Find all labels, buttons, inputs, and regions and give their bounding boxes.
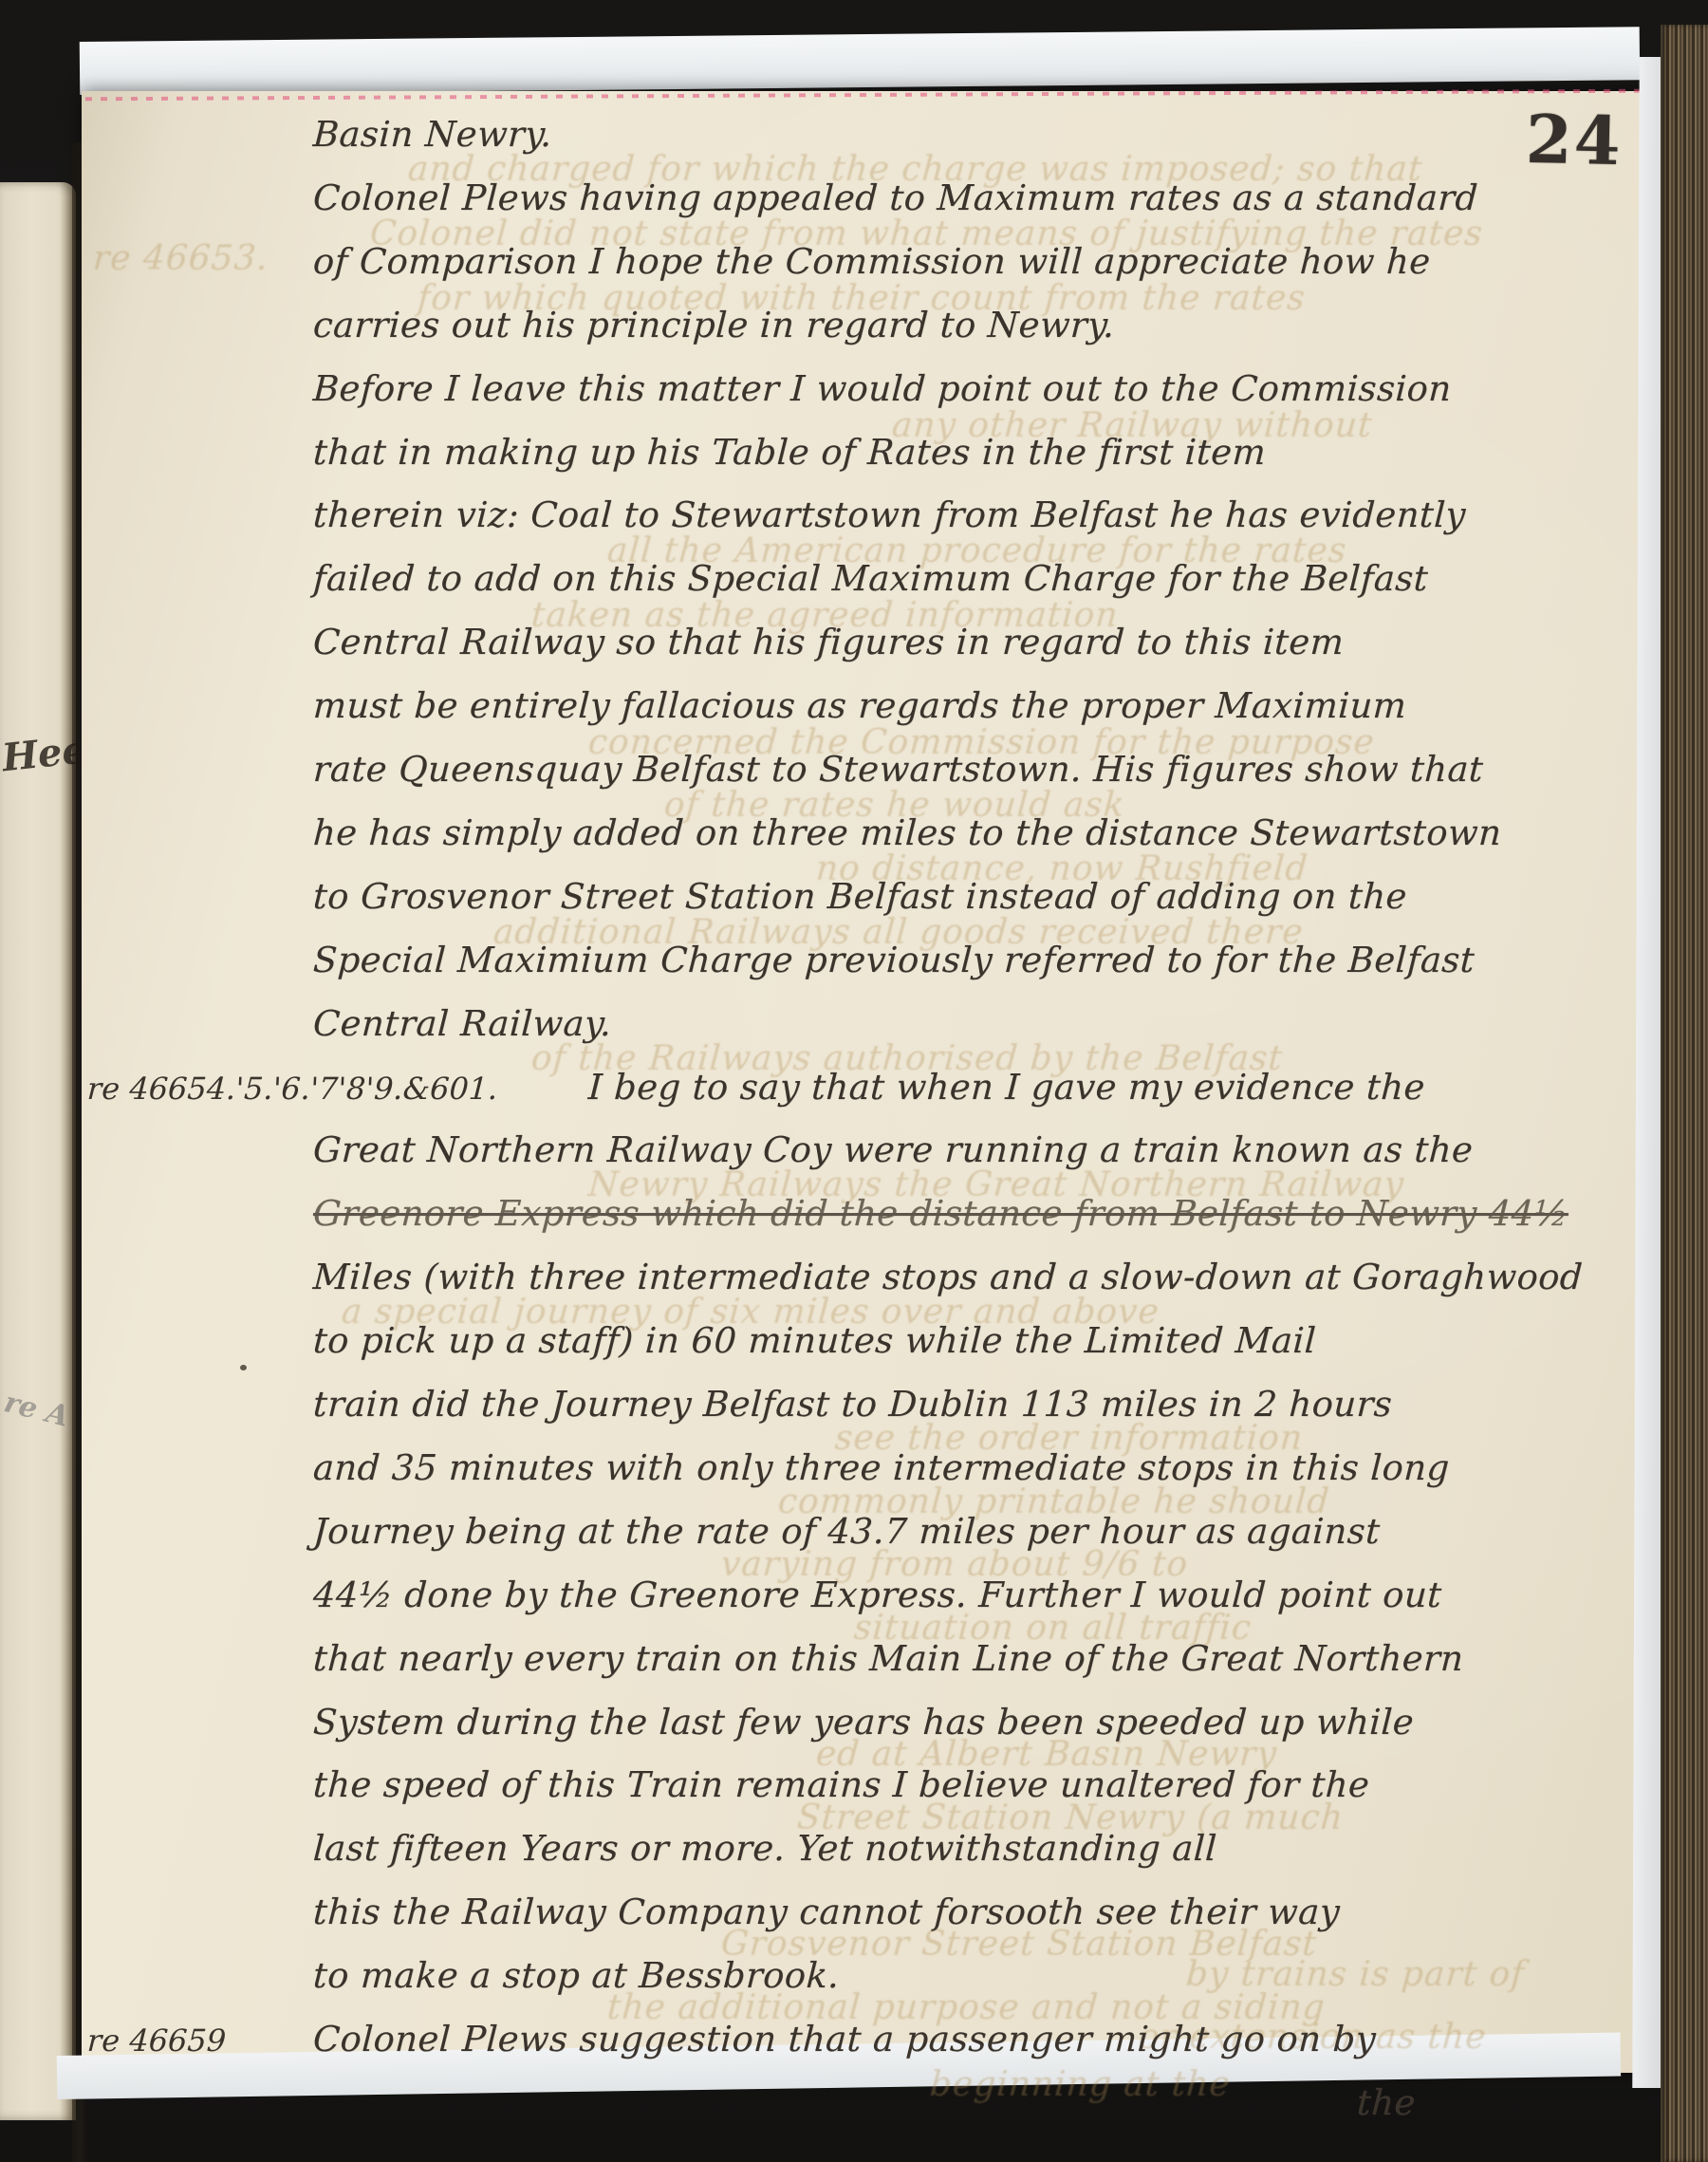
manuscript-line: the speed of this Train remains I believ…: [312, 1764, 1371, 1805]
bleedthrough-line: by trains is part of: [1185, 1955, 1527, 1994]
ink-dot: [240, 1365, 247, 1370]
manuscript-line: Basin Newry.: [312, 114, 553, 155]
text-layer: and charged for which the charge was imp…: [0, 0, 1708, 2162]
manuscript-line: I beg to say that when I gave my evidenc…: [587, 1067, 1426, 1108]
manuscript-line: that in making up his Table of Rates in …: [312, 432, 1267, 473]
manuscript-line: to make a stop at Bessbrook.: [312, 1955, 841, 1996]
manuscript-line: to pick up a staff) in 60 minutes while …: [312, 1320, 1317, 1361]
manuscript-line: train did the Journey Belfast to Dublin …: [312, 1384, 1393, 1425]
manuscript-scan: Heelre A 24 and charged for which the ch…: [0, 0, 1708, 2162]
manuscript-line: Special Maximium Charge previously refer…: [312, 940, 1476, 980]
manuscript-line: this the Railway Company cannot forsooth…: [312, 1892, 1341, 1932]
manuscript-line: rate Queensquay Belfast to Stewartstown.…: [312, 749, 1484, 790]
manuscript-line: Great Northern Railway Coy were running …: [312, 1129, 1475, 1170]
manuscript-line: last fifteen Years or more. Yet notwiths…: [312, 1828, 1218, 1869]
catchword: the: [1356, 2082, 1417, 2123]
manuscript-line: Miles (with three intermediate stops and…: [312, 1257, 1584, 1297]
manuscript-line: Before I leave this matter I would point…: [312, 368, 1453, 409]
manuscript-line: and 35 minutes with only three intermedi…: [312, 1447, 1451, 1488]
manuscript-line: Central Railway.: [312, 1003, 613, 1044]
bleedthrough-line: beginning at the: [929, 2065, 1233, 2104]
margin-reference-note: re 46654.'5.'6.'7'8'9.&601.: [86, 1071, 498, 1107]
manuscript-line: to Grosvenor Street Station Belfast inst…: [312, 876, 1408, 917]
manuscript-line: Colonel Plews having appealed to Maximum…: [312, 177, 1479, 218]
bleedthrough-line: re 46653.: [92, 239, 270, 278]
margin-reference-note: re 46659: [86, 2022, 227, 2059]
manuscript-line-struck: Greenore Express which did the distance …: [312, 1193, 1569, 1234]
manuscript-line: Central Railway so that his figures in r…: [312, 622, 1345, 662]
manuscript-line: therein viz: Coal to Stewartstown from B…: [312, 494, 1467, 535]
manuscript-line: he has simply added on three miles to th…: [312, 812, 1503, 853]
manuscript-line: failed to add on this Special Maximum Ch…: [312, 558, 1429, 599]
manuscript-line: System during the last few years has bee…: [312, 1702, 1415, 1743]
manuscript-line: Journey being at the rate of 43.7 miles …: [312, 1511, 1382, 1552]
manuscript-line: 44½ done by the Greenore Express. Furthe…: [312, 1575, 1443, 1615]
manuscript-line: carries out his principle in regard to N…: [312, 305, 1116, 345]
manuscript-line: of Comparison I hope the Commission will…: [312, 241, 1432, 282]
manuscript-line: Colonel Plews suggestion that a passenge…: [312, 2019, 1377, 2059]
manuscript-line: must be entirely fallacious as regards t…: [312, 685, 1408, 726]
manuscript-line: that nearly every train on this Main Lin…: [312, 1638, 1465, 1679]
